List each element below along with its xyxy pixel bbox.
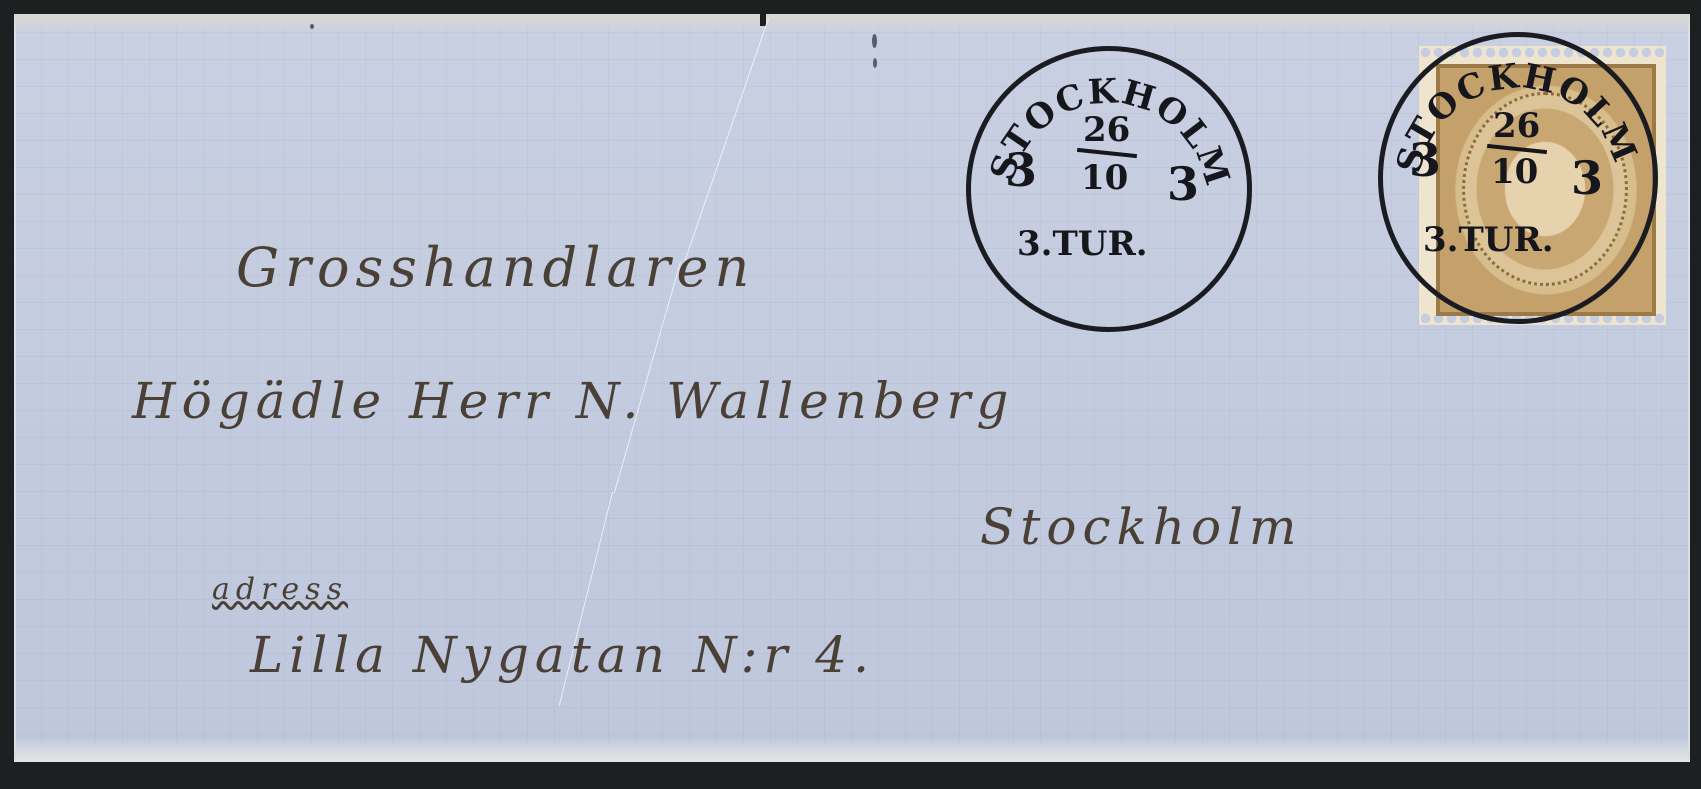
postmark-hour-right: 3 [1571,155,1603,201]
postmark-delivery: 3.TUR. [1423,223,1554,257]
postmark-month: 10 [1491,155,1538,189]
postmark-cover: STOCKHOLM 3 26 10 3 3.TUR. [966,46,1252,332]
postmark-hour-left: 3 [1005,147,1037,193]
address-note-adress: adress [212,572,348,607]
address-line-title: Grosshandlaren [236,236,755,299]
postmark-hour-right: 3 [1167,161,1199,207]
paper-bottom-fold [14,738,1690,762]
postmark-stamp: STOCKHOLM 3 26 10 3 3.TUR. [1378,32,1658,324]
ink-smudge [310,24,314,29]
postmark-delivery: 3.TUR. [1017,227,1148,261]
postmark-day: 26 [1493,109,1540,143]
address-line-city: Stockholm [980,498,1302,556]
postmark-day: 26 [1083,113,1130,147]
paper-top-edge [14,14,1690,34]
postmark-month: 10 [1081,161,1128,195]
letter-photograph: STOCKHOLM 3 26 10 3 3.TUR. STOCKHOLM 3 2… [0,0,1701,789]
address-line-street: Lilla Nygatan N:r 4. [250,626,875,684]
ink-smudge [873,58,877,68]
ink-smudge [872,34,877,48]
postmark-hour-left: 3 [1409,137,1441,183]
address-line-recipient: Högädle Herr N. Wallenberg [132,372,1014,430]
